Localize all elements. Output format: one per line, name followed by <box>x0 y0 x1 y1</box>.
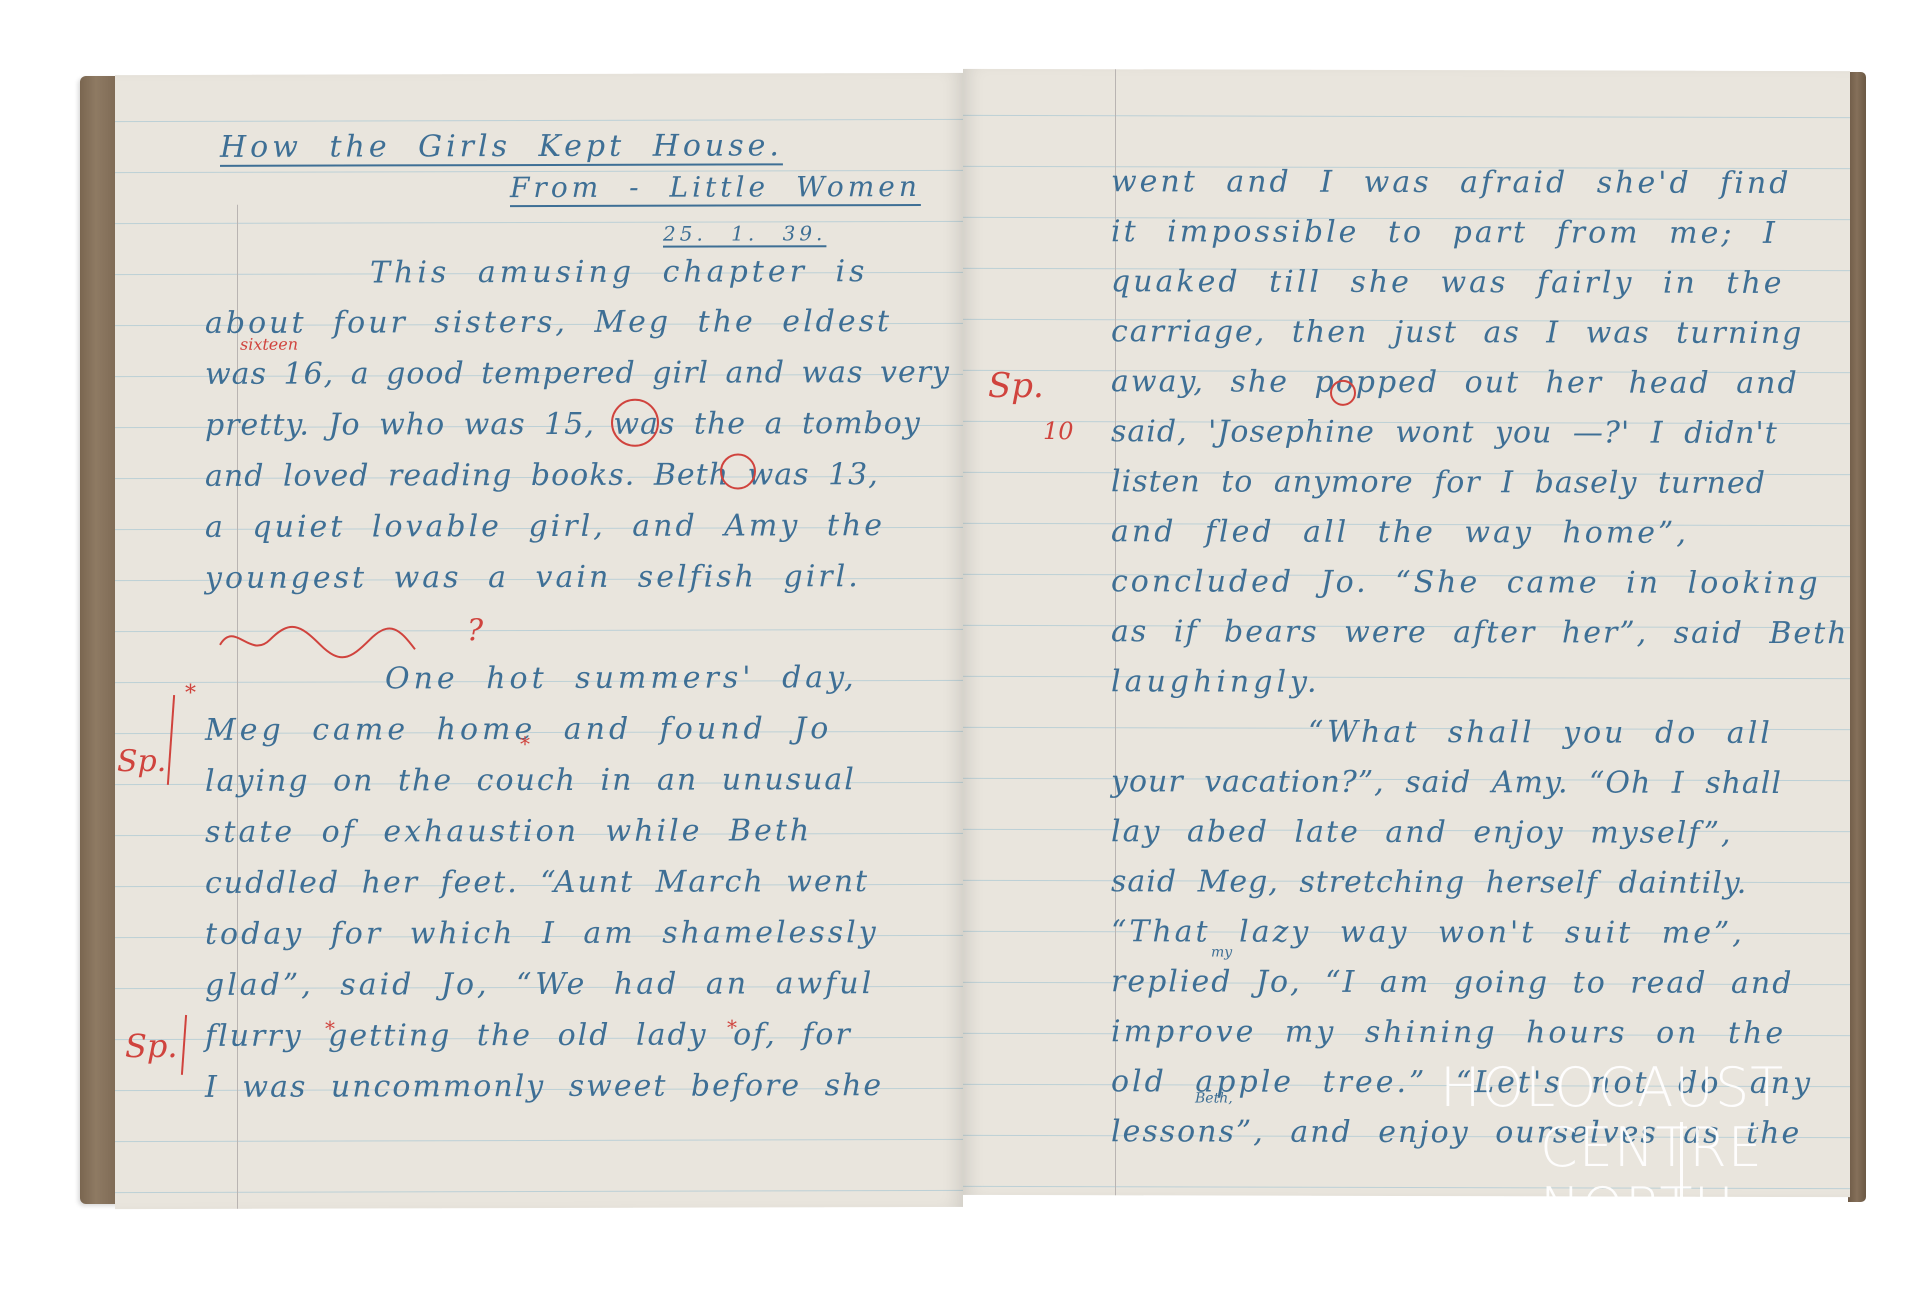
essay-source: From - Little Women <box>510 173 921 202</box>
margin-sp-note: Sp. <box>988 369 1044 403</box>
left-page: How the Girls Kept House. From - Little … <box>115 73 963 1209</box>
text-line: “What shall you do all <box>1308 718 1773 749</box>
text-line: improve my shining hours on the <box>1111 1017 1786 1049</box>
text-line: replied Jo, “I am going to read and <box>1111 967 1793 999</box>
text-line: said Meg, stretching herself daintily. <box>1111 867 1747 899</box>
correction-circle <box>1330 380 1356 406</box>
text-line: away, she popped out her head and <box>1111 367 1799 399</box>
correction-asterisk: * <box>727 1017 737 1037</box>
text-line: today for which I am shamelessly <box>205 918 879 950</box>
text-line: about four sisters, Meg the eldest <box>205 307 892 339</box>
correction-circle <box>611 399 659 447</box>
text-line: and fled all the way home”, <box>1111 517 1689 549</box>
text-line: One hot summers' day, <box>385 663 858 694</box>
text-line: cuddled her feet. “Aunt March went <box>205 867 869 899</box>
text-line: was 16, a good tempered girl and was ver… <box>205 358 950 390</box>
text-line: and loved reading books. Beth was 13, <box>205 460 879 492</box>
inserted-word: Beth, <box>1195 1091 1233 1105</box>
margin-sp-note: Sp. <box>125 1030 178 1062</box>
text-line: Meg came home and found Jo <box>205 714 832 746</box>
text-line: laying on the couch in an unusual <box>205 765 856 797</box>
text-line: a quiet lovable girl, and Amy the <box>205 511 885 543</box>
cover-right-edge <box>1848 72 1866 1202</box>
text-line: laughingly. <box>1111 667 1321 698</box>
text-line: youngest was a vain selfish girl. <box>205 562 861 594</box>
correction-circle <box>720 453 756 489</box>
essay-date: 25. 1. 39. <box>663 223 826 243</box>
text-line: your vacation?”, said Amy. “Oh I shall <box>1111 767 1782 799</box>
watermark-line: CENTRE <box>1540 1122 1763 1174</box>
correction-squiggle <box>215 614 435 665</box>
margin-rule <box>237 205 238 1209</box>
text-line: carriage, then just as I was turning <box>1111 317 1803 349</box>
text-line: it impossible to part from me; I <box>1111 217 1778 249</box>
text-line: went and I was afraid she'd find <box>1111 167 1791 199</box>
correction-asterisk: * <box>520 734 530 754</box>
margin-mark <box>181 1015 187 1075</box>
text-line: concluded Jo. “She came in looking <box>1111 567 1821 599</box>
correction-asterisk: * <box>325 1019 335 1039</box>
margin-score: 10 <box>1043 419 1074 443</box>
open-notebook: How the Girls Kept House. From - Little … <box>0 0 1920 1299</box>
text-line: listen to anymore for I basely turned <box>1111 467 1766 499</box>
text-line: as if bears were after her”, said Beth <box>1111 617 1849 649</box>
text-line: glad”, said Jo, “We had an awful <box>205 969 874 1001</box>
watermark-bar <box>1680 1122 1683 1252</box>
text-line: quaked till she was fairly in the <box>1111 267 1785 299</box>
inserted-word: my <box>1211 945 1232 959</box>
right-page: went and I was afraid she'd find it impo… <box>963 69 1850 1197</box>
text-line: I was uncommonly sweet before she <box>205 1071 883 1103</box>
text-line: This amusing chapter is <box>370 257 868 288</box>
watermark-line: NORTH <box>1540 1182 1735 1234</box>
text-line: state of exhaustion while Beth <box>205 816 812 848</box>
margin-mark <box>167 695 175 785</box>
cover-left-edge <box>80 76 120 1204</box>
text-line: “That lazy way won't suit me”, <box>1111 917 1745 949</box>
correction-asterisk: * <box>185 683 196 705</box>
watermark-line: HOLOCAUST <box>1440 1062 1784 1114</box>
correction-question: ? <box>467 616 483 646</box>
margin-sp-note: Sp. <box>117 747 166 777</box>
text-line: pretty. Jo who was 15, was the a tomboy <box>205 409 921 441</box>
text-line: flurry getting the old lady of, for <box>205 1020 852 1052</box>
text-line: lay abed late and enjoy myself”, <box>1111 817 1733 849</box>
essay-title: How the Girls Kept House. <box>220 131 783 162</box>
correction-sixteen: sixteen <box>240 337 298 353</box>
text-line: said, 'Josephine wont you —?' I didn't <box>1111 417 1778 449</box>
